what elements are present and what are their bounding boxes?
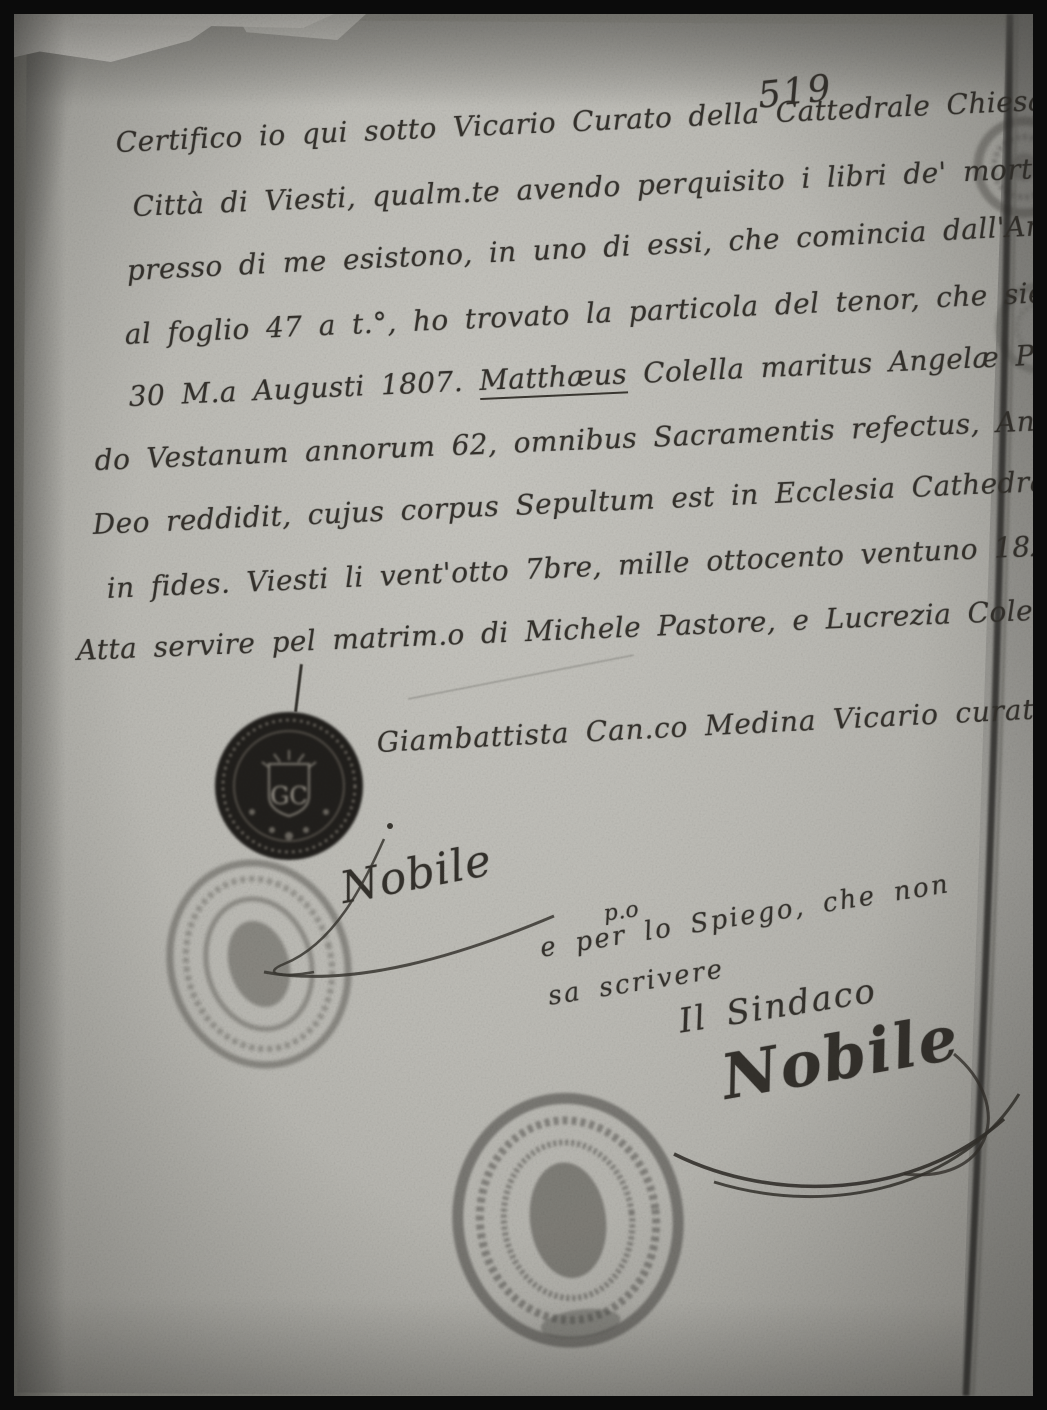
photo-grain [14,14,1033,1396]
photo-area: 519 Certifico io qui sotto Vicario Curat… [14,14,1033,1396]
photograph-of-document: { "page_number": "519", "body_lines": { … [0,0,1047,1410]
